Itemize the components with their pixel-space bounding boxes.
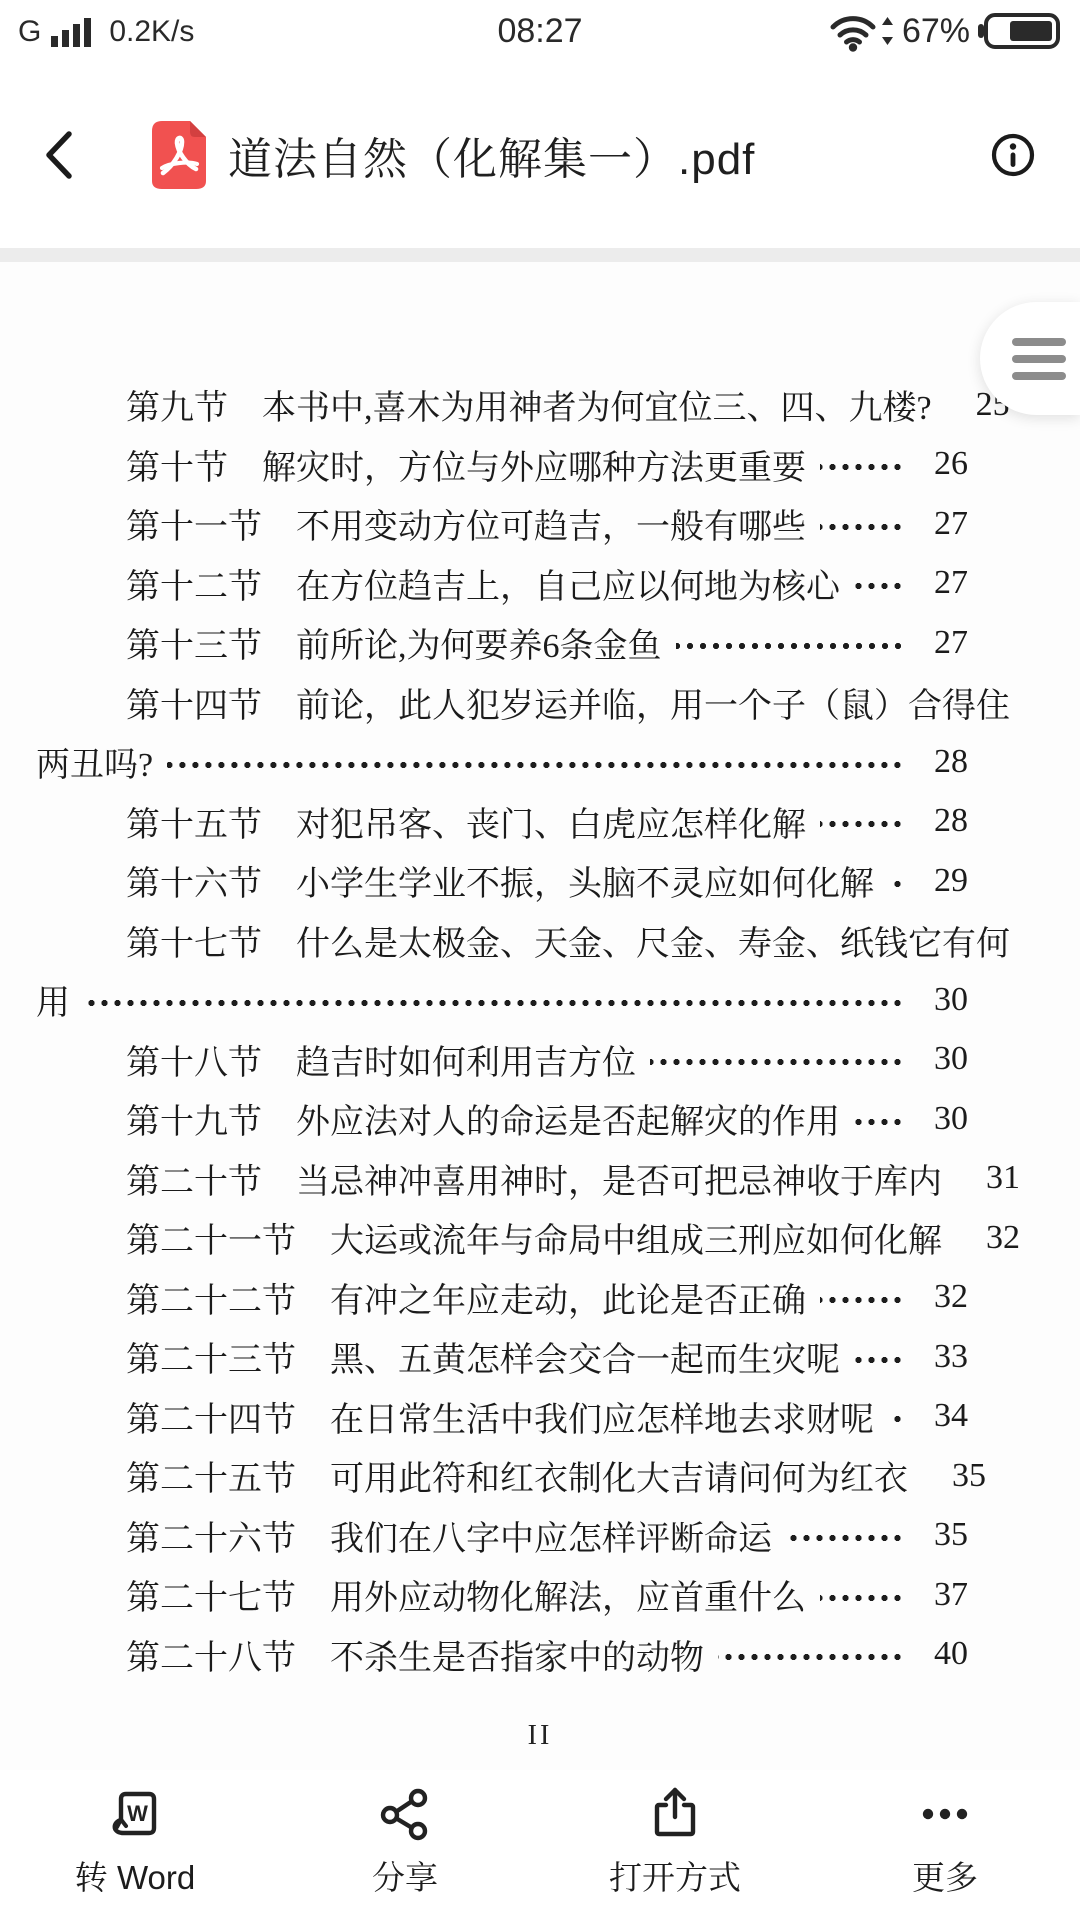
toc-entry: 第二十八节 不杀生是否指家中的动物 40 — [0, 1625, 1080, 1685]
toc-entry-page: 28 — [914, 802, 968, 840]
toc-entry-title: 第十节 解灾时，方位与外应哪种方法更重要 — [126, 440, 806, 489]
info-button[interactable] — [990, 132, 1036, 178]
dot-leader — [820, 462, 904, 472]
status-bar: G 0.2K/s 08:27 — [0, 0, 1080, 62]
toc-entry: 第二十六节 我们在八字中应怎样评断命运 35 — [0, 1506, 1080, 1566]
info-circle-icon — [990, 132, 1036, 178]
dot-leader — [650, 1057, 904, 1067]
pdf-page-view[interactable]: 第九节 本书中,喜木为用神者为何宜位三、四、九楼? 25 第十节 解灾时，方位与… — [0, 262, 1080, 1920]
toc-entry-page: 26 — [914, 445, 968, 483]
back-button[interactable] — [38, 127, 82, 183]
toc-entry-title: 第二十五节 可用此符和红衣制化大吉请问何为红衣 — [126, 1451, 908, 1500]
toc-entry: 第二十五节 可用此符和红衣制化大吉请问何为红衣 35 — [0, 1446, 1080, 1506]
toc-entry: 第二十二节 有冲之年应走动，此论是否正确 32 — [0, 1268, 1080, 1328]
toc-entry-title: 第二十四节 在日常生活中我们应怎样地去求财呢 — [126, 1392, 874, 1441]
toc-entry: 第十三节 前所论,为何要养6条金鱼 27 — [0, 613, 1080, 673]
toc-entry-page: 31 — [966, 1159, 1020, 1197]
document-title: 道法自然（化解集一）.pdf — [228, 123, 755, 187]
screen: G 0.2K/s 08:27 — [0, 0, 1080, 1920]
dot-leader — [820, 819, 904, 829]
dot-leader — [854, 1355, 904, 1365]
toc-entry: 第十九节 外应法对人的命运是否起解灾的作用 30 — [0, 1089, 1080, 1149]
dot-leader — [676, 641, 905, 651]
toc-entry-page: 33 — [914, 1338, 968, 1376]
dot-leader — [888, 1414, 904, 1424]
chevron-left-icon — [38, 127, 78, 183]
dot-leader — [786, 1533, 904, 1543]
toolbar-label: 转 Word — [75, 1852, 195, 1899]
top-chrome: G 0.2K/s 08:27 — [0, 0, 1080, 248]
roman-page-number: II — [0, 1720, 1080, 1752]
toolbar-label: 分享 — [372, 1852, 438, 1899]
toc-entry-page: 40 — [914, 1635, 968, 1673]
convert-to-word-button[interactable]: W 转 Word — [0, 1786, 270, 1899]
svg-text:W: W — [127, 1801, 148, 1826]
dot-leader — [820, 1295, 904, 1305]
open-with-icon — [647, 1786, 703, 1842]
toc-entry-title: 第二十节 当忌神冲喜用神时，是否可把忌神收于库内 — [126, 1154, 942, 1203]
convert-to-word-icon: W — [107, 1786, 163, 1842]
toc-entry-title: 第二十二节 有冲之年应走动，此论是否正确 — [126, 1273, 806, 1322]
toc-entry-page: 35 — [914, 1516, 968, 1554]
toc-entry: 第十八节 趋吉时如何利用吉方位 30 — [0, 1030, 1080, 1090]
dot-leader — [820, 1593, 904, 1603]
toc-entry: 用 30 — [0, 970, 1080, 1030]
toc-entry-title: 第二十一节 大运或流年与命局中组成三刑应如何化解 — [126, 1213, 942, 1262]
dot-leader — [854, 1117, 904, 1127]
table-of-contents: 第九节 本书中,喜木为用神者为何宜位三、四、九楼? 25 第十节 解灾时，方位与… — [0, 262, 1080, 1684]
toc-entry: 第十七节 什么是太极金、天金、尺金、寿金、纸钱它有何 — [0, 911, 1080, 971]
toc-entry-title: 第十七节 什么是太极金、天金、尺金、寿金、纸钱它有何 — [126, 916, 1010, 965]
clock-label: 08:27 — [0, 12, 1080, 51]
toolbar-label: 更多 — [912, 1852, 978, 1899]
toc-entry-title: 第十一节 不用变动方位可趋吉，一般有哪些 — [126, 499, 806, 548]
toc-entry-title: 第十九节 外应法对人的命运是否起解灾的作用 — [126, 1094, 840, 1143]
toc-entry-title: 第十五节 对犯吊客、丧门、白虎应怎样化解 — [126, 797, 806, 846]
toolbar-label: 打开方式 — [609, 1852, 741, 1899]
more-dots-icon — [917, 1786, 973, 1842]
toc-entry-title: 两丑吗? — [36, 737, 153, 786]
header-page-divider — [0, 248, 1080, 262]
toc-entry-page: 34 — [914, 1397, 968, 1435]
toc-entry-page: 27 — [914, 505, 968, 543]
more-button[interactable]: 更多 — [810, 1786, 1080, 1899]
toc-entry: 第二十四节 在日常生活中我们应怎样地去求财呢 34 — [0, 1387, 1080, 1447]
dot-leader — [888, 879, 904, 889]
toc-entry-page: 30 — [914, 1100, 968, 1138]
dot-leader — [84, 998, 904, 1008]
toc-entry: 第十四节 前论，此人犯岁运并临，用一个子（鼠）合得住 — [0, 673, 1080, 733]
dot-leader — [718, 1652, 904, 1662]
toc-entry-page: 30 — [914, 1040, 968, 1078]
toc-entry: 第十二节 在方位趋吉上，自己应以何地为核心 27 — [0, 554, 1080, 614]
hamburger-menu-icon — [994, 338, 1066, 380]
toc-entry-title: 第十六节 小学生学业不振，头脑不灵应如何化解 — [126, 856, 874, 905]
toc-entry-title: 第十三节 前所论,为何要养6条金鱼 — [126, 618, 662, 667]
toc-entry: 第二十三节 黑、五黄怎样会交合一起而生灾呢 33 — [0, 1327, 1080, 1387]
toc-entry-page: 27 — [914, 564, 968, 602]
toc-entry-title: 第九节 本书中,喜木为用神者为何宜位三、四、九楼? — [126, 380, 932, 429]
pdf-file-icon — [148, 119, 210, 191]
toc-entry-title: 第二十六节 我们在八字中应怎样评断命运 — [126, 1511, 772, 1560]
share-icon — [377, 1786, 433, 1842]
toc-entry-page: 27 — [914, 624, 968, 662]
bottom-toolbar: W 转 Word 分享 — [0, 1770, 1080, 1920]
toc-entry-page: 32 — [966, 1219, 1020, 1257]
toc-entry-page: 29 — [914, 862, 968, 900]
toc-entry-title: 第十二节 在方位趋吉上，自己应以何地为核心 — [126, 559, 840, 608]
toc-entry-page: 32 — [914, 1278, 968, 1316]
toc-entry-title: 第二十八节 不杀生是否指家中的动物 — [126, 1630, 704, 1679]
toc-entry-page: 37 — [914, 1576, 968, 1614]
toc-entry-page: 30 — [914, 981, 968, 1019]
toc-entry: 第十六节 小学生学业不振，头脑不灵应如何化解 29 — [0, 851, 1080, 911]
toc-entry-title: 第十八节 趋吉时如何利用吉方位 — [126, 1035, 636, 1084]
toc-entry: 第二十七节 用外应动物化解法，应首重什么 37 — [0, 1565, 1080, 1625]
toc-entry: 第九节 本书中,喜木为用神者为何宜位三、四、九楼? 25 — [0, 375, 1080, 435]
open-with-button[interactable]: 打开方式 — [540, 1786, 810, 1899]
toc-entry: 第二十一节 大运或流年与命局中组成三刑应如何化解 32 — [0, 1208, 1080, 1268]
toc-entry-title: 第二十七节 用外应动物化解法，应首重什么 — [126, 1570, 806, 1619]
toc-entry: 第十一节 不用变动方位可趋吉，一般有哪些 27 — [0, 494, 1080, 554]
toc-entry-title: 用 — [36, 975, 70, 1024]
toc-entry-page: 28 — [914, 743, 968, 781]
share-button[interactable]: 分享 — [270, 1786, 540, 1899]
toc-entry: 第十五节 对犯吊客、丧门、白虎应怎样化解 28 — [0, 792, 1080, 852]
toc-entry-page: 35 — [932, 1457, 986, 1495]
toc-entry: 第十节 解灾时，方位与外应哪种方法更重要 26 — [0, 435, 1080, 495]
dot-leader — [854, 581, 904, 591]
toc-entry: 两丑吗? 28 — [0, 732, 1080, 792]
dot-leader — [820, 522, 904, 532]
toc-entry: 第二十节 当忌神冲喜用神时，是否可把忌神收于库内 31 — [0, 1149, 1080, 1209]
app-header: 道法自然（化解集一）.pdf — [0, 62, 1080, 248]
toc-entry-title: 第二十三节 黑、五黄怎样会交合一起而生灾呢 — [126, 1332, 840, 1381]
dot-leader — [167, 760, 904, 770]
toc-entry-title: 第十四节 前论，此人犯岁运并临，用一个子（鼠）合得住 — [126, 678, 1010, 727]
